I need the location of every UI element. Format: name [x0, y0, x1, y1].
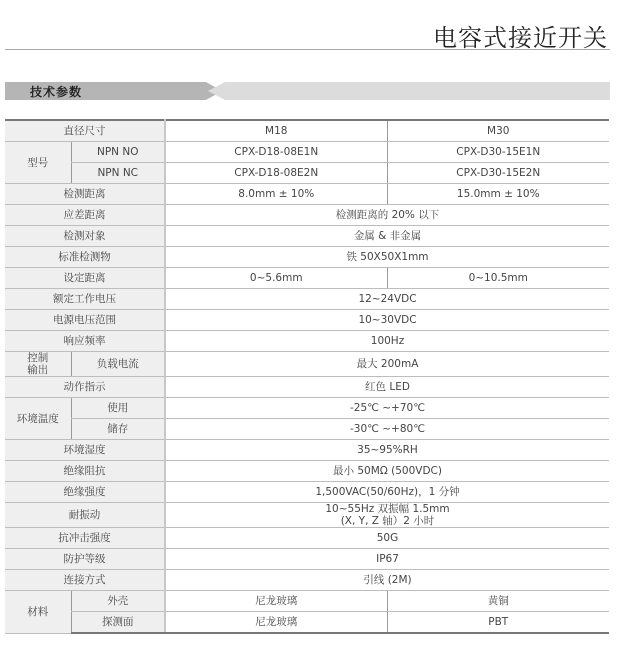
row-label: 绝缘强度: [5, 482, 165, 503]
table-row: 防护等级 IP67: [5, 549, 609, 570]
table-row: 环境温度 使用 -25℃ ~+70℃: [5, 398, 609, 419]
cell-value: 最大 200mA: [165, 352, 609, 377]
table-row: 直径尺寸 M18 M30: [5, 120, 609, 142]
cell-value: 50G: [165, 528, 609, 549]
cell-value: CPX-D18-08E2N: [165, 163, 387, 184]
row-sub-label: NPN NO: [71, 142, 165, 163]
cell-value: 12~24VDC: [165, 289, 609, 310]
row-label: 标准检测物: [5, 247, 165, 268]
row-group-label: 型号: [5, 142, 71, 184]
cell-value: CPX-D30-15E1N: [387, 142, 609, 163]
row-label: 连接方式: [5, 570, 165, 591]
row-sub-label: 使用: [71, 398, 165, 419]
row-sub-label: NPN NC: [71, 163, 165, 184]
cell-value: 黄铜: [387, 591, 609, 612]
cell-value: 引线 (2M): [165, 570, 609, 591]
table-row: 电源电压范围 10~30VDC: [5, 310, 609, 331]
table-row: 探测面 尼龙玻璃 PBT: [5, 612, 609, 634]
row-label: 检测距离: [5, 184, 165, 205]
cell-value: -30℃ ~+80℃: [165, 419, 609, 440]
row-label: 电源电压范围: [5, 310, 165, 331]
table-row: 储存 -30℃ ~+80℃: [5, 419, 609, 440]
row-label: 防护等级: [5, 549, 165, 570]
row-sub-label: 负载电流: [71, 352, 165, 377]
cell-value: 尼龙玻璃: [165, 591, 387, 612]
row-sub-label: 外壳: [71, 591, 165, 612]
cell-value: 检测距离的 20% 以下: [165, 205, 609, 226]
table-row: 耐振动 10~55Hz 双振幅 1.5mm (X, Y, Z 轴）2 小时: [5, 503, 609, 528]
row-group-label: 控制 输出: [5, 352, 71, 377]
cell-value: 35~95%RH: [165, 440, 609, 461]
row-label: 额定工作电压: [5, 289, 165, 310]
cell-value: -25℃ ~+70℃: [165, 398, 609, 419]
cell-value: 0~10.5mm: [387, 268, 609, 289]
row-label: 设定距离: [5, 268, 165, 289]
row-label: 直径尺寸: [5, 120, 165, 142]
table-row: 控制 输出 负载电流 最大 200mA: [5, 352, 609, 377]
row-sub-label: 探测面: [71, 612, 165, 634]
section-bar-shape: [5, 82, 610, 100]
cell-value: 1,500VAC(50/60Hz)，1 分钟: [165, 482, 609, 503]
title-divider: [5, 49, 610, 50]
table-row: 标准检测物 铁 50X50X1mm: [5, 247, 609, 268]
cell-value: 100Hz: [165, 331, 609, 352]
cell-value: 尼龙玻璃: [165, 612, 387, 634]
cell-value: M30: [387, 120, 609, 142]
table-row: 绝缘强度 1,500VAC(50/60Hz)，1 分钟: [5, 482, 609, 503]
cell-value: 15.0mm ± 10%: [387, 184, 609, 205]
cell-value: PBT: [387, 612, 609, 634]
table-row: NPN NC CPX-D18-08E2N CPX-D30-15E2N: [5, 163, 609, 184]
cell-value: CPX-D18-08E1N: [165, 142, 387, 163]
table-row: 额定工作电压 12~24VDC: [5, 289, 609, 310]
cell-value: IP67: [165, 549, 609, 570]
section-title: 技术参数: [30, 83, 82, 100]
table-row: 应差距离 检测距离的 20% 以下: [5, 205, 609, 226]
cell-value: 金属 & 非金属: [165, 226, 609, 247]
cell-value: 10~55Hz 双振幅 1.5mm (X, Y, Z 轴）2 小时: [165, 503, 609, 528]
row-sub-label: 储存: [71, 419, 165, 440]
cell-value: 红色 LED: [165, 377, 609, 398]
cell-value: CPX-D30-15E2N: [387, 163, 609, 184]
cell-value: 0~5.6mm: [165, 268, 387, 289]
row-label: 绝缘阻抗: [5, 461, 165, 482]
table-row: 型号 NPN NO CPX-D18-08E1N CPX-D30-15E1N: [5, 142, 609, 163]
table-row: 检测距离 8.0mm ± 10% 15.0mm ± 10%: [5, 184, 609, 205]
table-row: 连接方式 引线 (2M): [5, 570, 609, 591]
cell-value: 铁 50X50X1mm: [165, 247, 609, 268]
row-label: 响应频率: [5, 331, 165, 352]
cell-value-line: (X, Y, Z 轴）2 小时: [166, 515, 609, 527]
row-group-label: 材料: [5, 591, 71, 634]
row-group-label-line: 输出: [5, 364, 71, 376]
table-row: 响应频率 100Hz: [5, 331, 609, 352]
table-row: 检测对象 金属 & 非金属: [5, 226, 609, 247]
table-row: 材料 外壳 尼龙玻璃 黄铜: [5, 591, 609, 612]
row-label: 环境湿度: [5, 440, 165, 461]
cell-value: 最小 50MΩ (500VDC): [165, 461, 609, 482]
row-label: 检测对象: [5, 226, 165, 247]
row-label: 耐振动: [5, 503, 165, 528]
table-row: 动作指示 红色 LED: [5, 377, 609, 398]
table-row: 绝缘阻抗 最小 50MΩ (500VDC): [5, 461, 609, 482]
section-header-bar: 技术参数: [5, 82, 610, 100]
page-title: 电容式接近开关: [433, 18, 608, 53]
spec-table: 直径尺寸 M18 M30 型号 NPN NO CPX-D18-08E1N CPX…: [5, 119, 609, 634]
row-group-label-line: 控制: [5, 352, 71, 364]
cell-value: 8.0mm ± 10%: [165, 184, 387, 205]
row-label: 应差距离: [5, 205, 165, 226]
table-row: 抗冲击强度 50G: [5, 528, 609, 549]
row-label: 动作指示: [5, 377, 165, 398]
row-label: 抗冲击强度: [5, 528, 165, 549]
table-row: 环境湿度 35~95%RH: [5, 440, 609, 461]
table-row: 设定距离 0~5.6mm 0~10.5mm: [5, 268, 609, 289]
row-group-label: 环境温度: [5, 398, 71, 440]
cell-value: M18: [165, 120, 387, 142]
cell-value: 10~30VDC: [165, 310, 609, 331]
cell-value-line: 10~55Hz 双振幅 1.5mm: [166, 503, 609, 515]
